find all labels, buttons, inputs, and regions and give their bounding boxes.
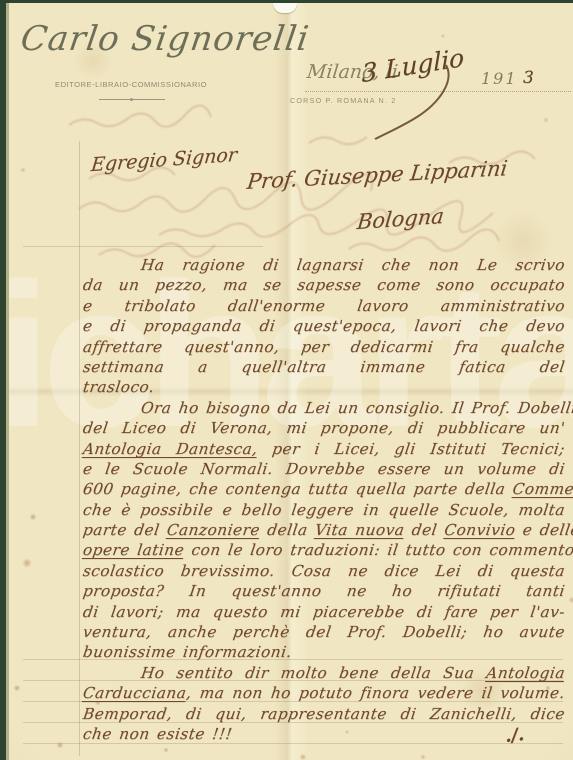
letter-line: Ho sentito dir molto bene della Sua Anto… xyxy=(82,663,567,683)
letter-text-segment: trasloco. xyxy=(82,378,156,396)
letterhead-year-printed: 191 xyxy=(481,69,518,88)
letter-line: del Liceo di Verona, mi propone, di pubb… xyxy=(82,418,567,438)
letter-text-segment: che è possibile e bello leggere in quell… xyxy=(82,501,567,519)
letter-text-segment: , ma non ho potuto finora vedere il volu… xyxy=(185,684,566,702)
letter-line: che non esiste !!! xyxy=(82,724,567,744)
letter-text-segment: con le loro traduzioni: il tutto con com… xyxy=(183,541,573,559)
letter-text-segment: del Liceo di Verona, mi propone, di pubb… xyxy=(82,419,567,437)
letter-line: opere latine con le loro traduzioni: il … xyxy=(82,540,567,560)
letter-text-segment: settimana a quell'altra immane fatica de… xyxy=(82,358,567,376)
letter-text-segment: Ha ragione di lagnarsi che non Le scrivo xyxy=(140,256,567,274)
letter-text-segment: che non esiste !!! xyxy=(82,725,234,743)
letter-line: parte del Canzoniere della Vita nuova de… xyxy=(82,520,567,540)
letter-line: di lavori; ma questo mi piacerebbe di fa… xyxy=(82,602,567,622)
letter-text-segment: da un pezzo, ma se sapesse come sono occ… xyxy=(82,276,567,294)
letter-body: Ha ragione di lagnarsi che non Le scrivo… xyxy=(83,255,565,744)
letter-text-segment: Canzoniere xyxy=(166,521,262,539)
letter-line: Bemporad, di qui, rappresentante di Zani… xyxy=(82,704,567,724)
recipient-city: Bologna xyxy=(356,204,445,234)
letter-line: Ora ho bisogno da Lei un consiglio. Il P… xyxy=(82,398,567,418)
letter-text-segment: scolastico brevissimo. Cosa ne dice Lei … xyxy=(82,562,567,580)
letter-text-segment: Antologia xyxy=(485,664,566,682)
date-dotted-rule xyxy=(305,91,571,92)
letter-line: 600 pagine, che contenga tutta quella pa… xyxy=(82,479,567,499)
letter-text-segment: parte del xyxy=(82,521,168,539)
letter-text-segment: del xyxy=(403,521,445,539)
recipient-salutation: Egregio Signor xyxy=(90,144,238,176)
letter-line: settimana a quell'altra immane fatica de… xyxy=(82,357,567,377)
recipient-name: Prof. Giuseppe Lipparini xyxy=(246,156,509,194)
letterhead-brand-subtitle: EDITORE-LIBRAIO-COMMISSIONARIO xyxy=(55,80,207,89)
letter-line: affrettare quest'anno, per dedicarmi fra… xyxy=(82,337,567,357)
handwritten-date: 3 Luglio xyxy=(361,43,464,88)
letter-text-segment: di lavori; ma questo mi piacerebbe di fa… xyxy=(82,603,567,621)
letter-text-segment: e di propaganda di quest'epoca, lavori c… xyxy=(82,317,567,335)
letter-text-segment: opere latine xyxy=(82,541,186,559)
letter-line: Antologia Dantesca, per i Licei, gli Ist… xyxy=(82,439,567,459)
continuation-mark: ./. xyxy=(504,724,525,747)
letter-line: Ha ragione di lagnarsi che non Le scrivo xyxy=(82,255,567,275)
letter-text-segment: Bemporad, di qui, rappresentante di Zani… xyxy=(82,705,567,723)
letter-line: che è possibile e bello leggere in quell… xyxy=(82,500,567,520)
letter-line: e le Scuole Normali. Dovrebbe essere un … xyxy=(82,459,567,479)
letter-line: buonissime informazioni. xyxy=(82,642,567,662)
letter-paper: icharta Carlo Signorelli EDITORE-LIBRAIO… xyxy=(6,3,573,760)
letter-text-segment: buonissime informazioni. xyxy=(82,643,293,661)
letter-text-segment: per i Licei, gli Istituti Tecnici; xyxy=(256,440,566,458)
letter-line: Carducciana, ma non ho potuto finora ved… xyxy=(82,683,567,703)
letter-text-segment: Vita nuova xyxy=(314,521,406,539)
letter-text-segment: e delle xyxy=(514,521,573,539)
letter-text-segment: 600 pagine, che contenga tutta quella pa… xyxy=(82,480,514,498)
ruled-line xyxy=(23,246,263,247)
letterhead-brand-name: Carlo Signorelli xyxy=(18,19,312,59)
margin-rule-line xyxy=(79,141,80,756)
paper-tear-notch xyxy=(273,3,297,13)
letter-text-segment: Ho sentito dir molto bene della Sua xyxy=(140,664,488,682)
letter-text-segment: ventura, anche perchè del Prof. Dobelli;… xyxy=(82,623,567,641)
letter-text-segment: e le Scuole Normali. Dovrebbe essere un … xyxy=(82,460,567,478)
letter-line: e di propaganda di quest'epoca, lavori c… xyxy=(82,316,567,336)
letter-text-segment: e tribolato dall'enorme lavoro amministr… xyxy=(82,297,567,315)
letter-text-segment: Antologia Dantesca, xyxy=(82,440,259,458)
letter-line: da un pezzo, ma se sapesse come sono occ… xyxy=(82,275,567,295)
letter-text-segment: Convivio xyxy=(443,521,517,539)
handwritten-year-digit: 3 xyxy=(523,68,534,88)
letter-line: trasloco. xyxy=(82,377,567,397)
letterhead-ornament xyxy=(99,98,165,101)
letter-line: e tribolato dall'enorme lavoro amministr… xyxy=(82,296,567,316)
letter-text-segment: affrettare quest'anno, per dedicarmi fra… xyxy=(82,338,567,356)
scanned-letter: icharta Carlo Signorelli EDITORE-LIBRAIO… xyxy=(0,0,573,760)
letter-text-segment: Ora ho bisogno da Lei un consiglio. Il P… xyxy=(140,399,573,417)
letter-text-segment: proposta? In quest'anno ne ho rifiutati … xyxy=(82,582,567,600)
letter-text-segment: Carducciana xyxy=(82,684,188,702)
letter-text-segment: Commedia xyxy=(511,480,573,498)
letterhead-address: CORSO P. ROMANA N. 2 xyxy=(290,96,397,105)
letter-text-segment: della xyxy=(259,521,317,539)
letter-line: scolastico brevissimo. Cosa ne dice Lei … xyxy=(82,561,567,581)
letter-line: proposta? In quest'anno ne ho rifiutati … xyxy=(82,581,567,601)
letter-line: ventura, anche perchè del Prof. Dobelli;… xyxy=(82,622,567,642)
